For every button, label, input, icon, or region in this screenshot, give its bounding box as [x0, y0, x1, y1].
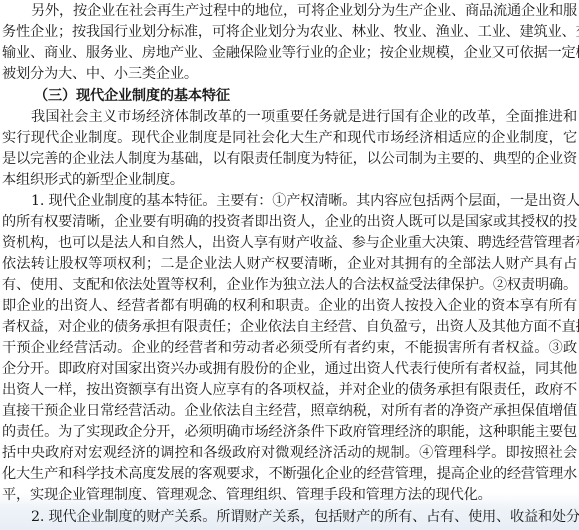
- text-line: 1. 现代企业制度的基本特征。主要有：①产权清晰。其内容应包括两个层面，一是出资…: [31, 191, 577, 211]
- text-line: 的所有权要清晰，企业要有明确的投资者即出资人，企业的出资人既可以是国家或其授权的…: [2, 212, 577, 232]
- text-line: 即企业的出资人、经营者都有明确的权利和职责。企业的出资人按投入企业的资本享有所有: [2, 296, 577, 316]
- text-line: 我国社会主义市场经济体制改革的一项重要任务就是进行国有企业的改革，全面推进和: [31, 107, 577, 127]
- section-heading: （三）现代企业制度的基本特征: [34, 86, 579, 106]
- text-line: 另外，按企业在社会再生产过程中的地位，可将企业划分为生产企业、商品流通企业和服: [31, 1, 577, 21]
- text-line: 实行现代企业制度。现代企业制度是同社会化大生产和现代市场经济相适应的企业制度，它: [2, 128, 577, 148]
- text-line: 输业、商业、服务业、房地产业、金融保险业等行业的企业；按企业规模，企业又可依据一…: [2, 43, 577, 63]
- text-line: 被划分为大、中、小三类企业。: [2, 64, 577, 84]
- text-line: 是以完善的企业法人制度为基础，以有限责任制度为特征，以公司制为主要的、典型的企业…: [2, 149, 577, 169]
- text-line: 直接干预企业日常经营活动。企业依法自主经营，照章纳税，对所有者的净资产承担保值增…: [2, 401, 577, 421]
- scanned-document-page: 另外，按企业在社会再生产过程中的地位，可将企业划分为生产企业、商品流通企业和服务…: [0, 0, 579, 530]
- text-line: 的责任。为了实现政企分开，必须明确市场经济条件下政府管理经济的职能，这种职能主要…: [2, 422, 577, 442]
- text-line: 平，实现企业管理制度、管理观念、管理组织、管理手段和管理方法的现代化。: [2, 485, 577, 505]
- text-line: 2. 现代企业制度的财产关系。所谓财产关系，包括财产的所有、占有、使用、收益和处…: [31, 507, 577, 527]
- text-line: 者权益，对企业的债务承担有限责任；企业依法自主经营、自负盈亏，出资人及其他方面不…: [2, 317, 577, 337]
- text-line: 资机构，也可以是法人和自然人，出资人享有财产收益、参与企业重大决策、聘选经营管理…: [2, 233, 577, 253]
- text-line: 依法转让股权等项权利；二是企业法人财产权要清晰，企业对其拥有的全部法人财产具有占: [2, 254, 577, 274]
- text-line: 化大生产和科学技术高度发展的客观要求，不断强化企业的经营管理，提高企业的经营管理…: [2, 464, 577, 484]
- text-line: 出资人一样，按出资额享有出资人应享有的各项权益，并对企业的债务承担有限责任，政府…: [2, 380, 577, 400]
- text-line: 企分开。即政府对国家出资兴办或拥有股份的企业，通过出资人代表行使所有者权益，同其…: [2, 359, 577, 379]
- text-line: 括中央政府对宏观经济的调控和各级政府对微观经济活动的规制。④管理科学。即按照社会: [2, 443, 577, 463]
- text-line: 有、使用、支配和依法处置等权利，企业作为独立法人的合法权益受法律保护。②权责明确…: [2, 275, 577, 295]
- text-line: 干预企业经营活动。企业的经营者和劳动者必须受所有者约束，不能损害所有者权益。③政: [2, 338, 577, 358]
- text-line: 本组织形式的新型企业制度。: [2, 170, 577, 190]
- text-line: 务性企业；按我国行业划分标准，可将企业划分为农业、林业、牧业、渔业、工业、建筑业…: [2, 22, 577, 42]
